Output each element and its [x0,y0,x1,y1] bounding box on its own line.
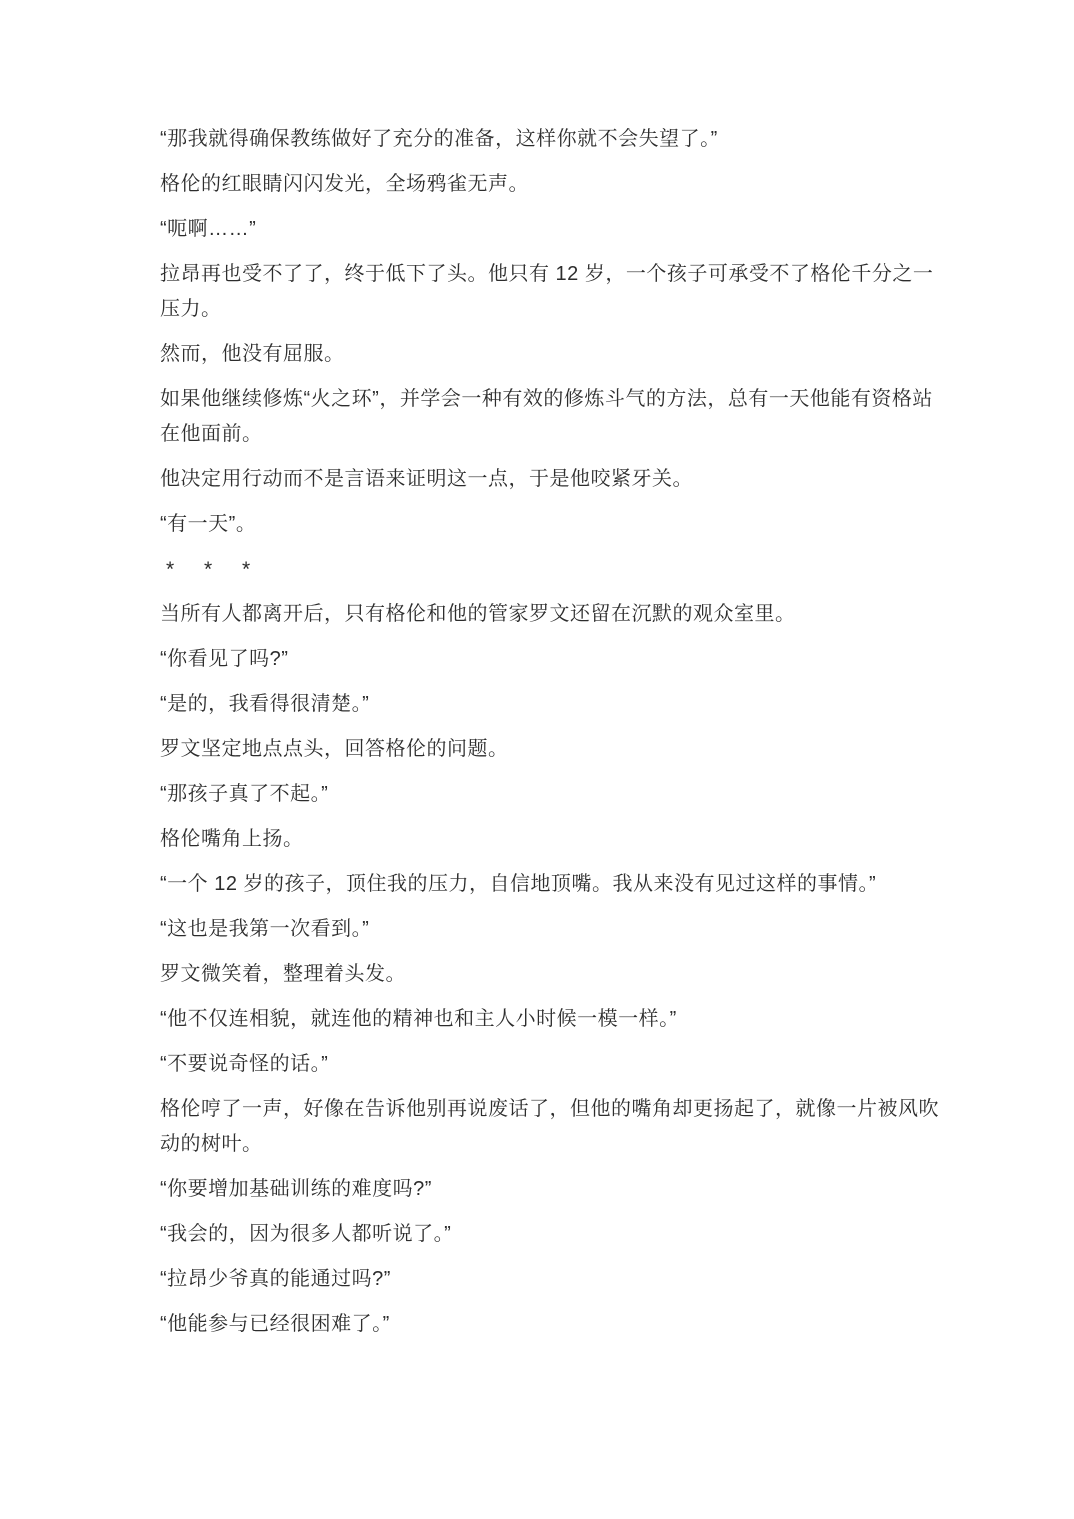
paragraph: “你看见了吗?” [160,642,974,677]
paragraph: 格伦嘴角上扬。 [160,822,974,857]
paragraph: “呃啊……” [160,212,974,247]
paragraph: 罗文坚定地点点头，回答格伦的问题。 [160,732,974,767]
paragraph: “有一天”。 [160,507,974,542]
paragraph: “不要说奇怪的话。” [160,1047,974,1082]
paragraph: 当所有人都离开后，只有格伦和他的管家罗文还留在沉默的观众室里。 [160,597,974,632]
paragraph: 罗文微笑着，整理着头发。 [160,957,974,992]
paragraph: “这也是我第一次看到。” [160,912,974,947]
paragraph: “一个 12 岁的孩子，顶住我的压力，自信地顶嘴。我从来没有见过这样的事情。” [160,867,974,902]
paragraph: 他决定用行动而不是言语来证明这一点，于是他咬紧牙关。 [160,462,974,497]
paragraph: 拉昂再也受不了了，终于低下了头。他只有 12 岁，一个孩子可承受不了格伦千分之一… [160,257,974,327]
paragraph: 格伦的红眼睛闪闪发光，全场鸦雀无声。 [160,167,974,202]
paragraph: “你要增加基础训练的难度吗?” [160,1172,974,1207]
paragraph: 然而，他没有屈服。 [160,337,974,372]
paragraph: “是的，我看得很清楚。” [160,687,974,722]
paragraph: “他能参与已经很困难了。” [160,1307,974,1342]
document-page: “那我就得确保教练做好了充分的准备，这样你就不会失望了。” 格伦的红眼睛闪闪发光… [0,0,1074,1519]
paragraph: “那孩子真了不起。” [160,777,974,812]
paragraph: “那我就得确保教练做好了充分的准备，这样你就不会失望了。” [160,122,974,157]
paragraph: “他不仅连相貌，就连他的精神也和主人小时候一模一样。” [160,1002,974,1037]
paragraph: “拉昂少爷真的能通过吗?” [160,1262,974,1297]
paragraph: 如果他继续修炼“火之环”，并学会一种有效的修炼斗气的方法，总有一天他能有资格站 … [160,382,974,452]
section-separator: * * * [166,552,974,587]
paragraph: 格伦哼了一声，好像在告诉他别再说废话了，但他的嘴角却更扬起了，就像一片被风吹 动… [160,1092,974,1162]
paragraph: “我会的，因为很多人都听说了。” [160,1217,974,1252]
